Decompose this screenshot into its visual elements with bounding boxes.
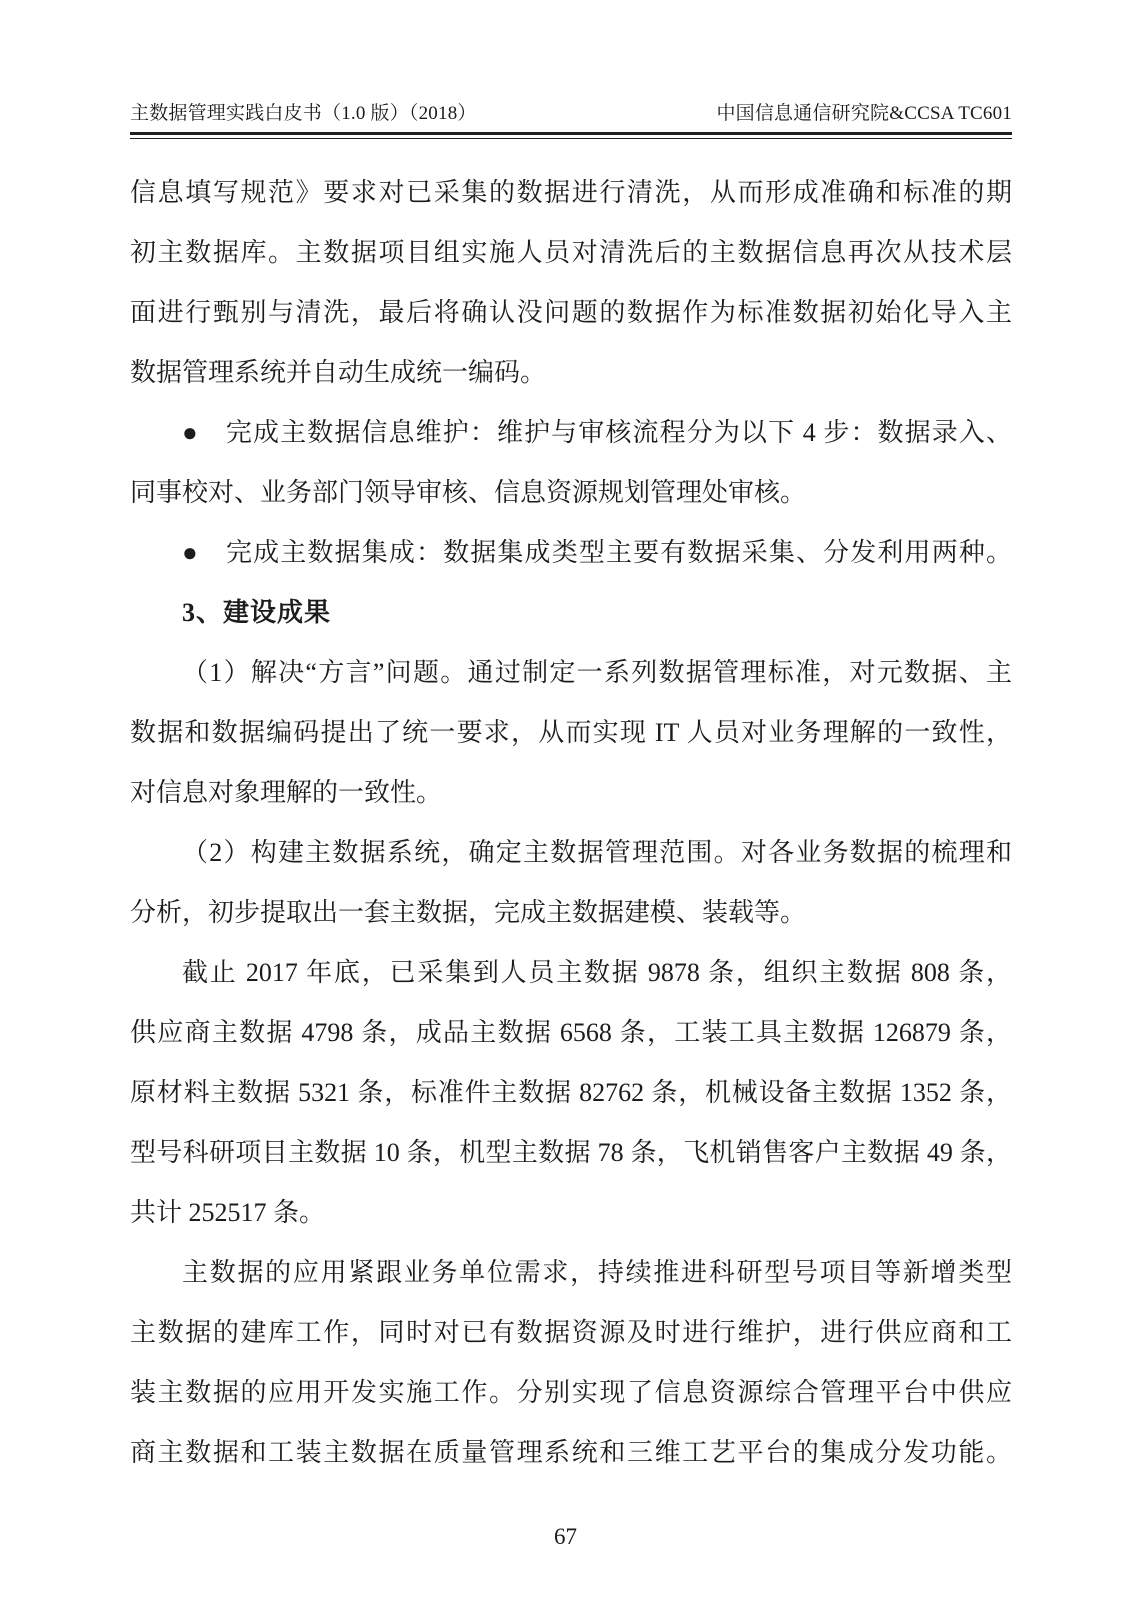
text-line: 初主数据库。主数据项目组实施人员对清洗后的主数据信息再次从技术层	[130, 223, 1012, 283]
section-heading: 3、建设成果	[130, 583, 1012, 643]
header-right-title: 中国信息通信研究院&CCSA TC601	[716, 98, 1012, 125]
text-line: 型号科研项目主数据 10 条，机型主数据 78 条，飞机销售客户主数据 49 条…	[130, 1123, 1012, 1183]
bullet-paragraph: ● 完成主数据信息维护：维护与审核流程分为以下 4 步：数据录入、同事校对、业务…	[130, 403, 1012, 523]
text-line: 商主数据和工装主数据在质量管理系统和三维工艺平台的集成分发功能。	[130, 1423, 1012, 1483]
text-line: 同事校对、业务部门领导审核、信息资源规划管理处审核。	[130, 463, 1012, 523]
document-body: 信息填写规范》要求对已采集的数据进行清洗，从而形成准确和标准的期初主数据库。主数…	[130, 163, 1012, 1483]
text-line: 主数据的应用紧跟业务单位需求，持续推进科研型号项目等新增类型	[130, 1243, 1012, 1303]
text-line: 主数据的建库工作，同时对已有数据资源及时进行维护，进行供应商和工	[130, 1303, 1012, 1363]
page-header: 主数据管理实践白皮书（1.0 版）（2018） 中国信息通信研究院&CCSA T…	[130, 98, 1012, 139]
paragraph: （1）解决“方言”问题。通过制定一系列数据管理标准，对元数据、主数据和数据编码提…	[130, 643, 1012, 823]
paragraph: 主数据的应用紧跟业务单位需求，持续推进科研型号项目等新增类型主数据的建库工作，同…	[130, 1243, 1012, 1483]
text-line: 信息填写规范》要求对已采集的数据进行清洗，从而形成准确和标准的期	[130, 163, 1012, 223]
text-line: 分析，初步提取出一套主数据，完成主数据建模、装载等。	[130, 883, 1012, 943]
text-line: 数据管理系统并自动生成统一编码。	[130, 343, 1012, 403]
page-number: 67	[554, 1524, 577, 1549]
document-page: 主数据管理实践白皮书（1.0 版）（2018） 中国信息通信研究院&CCSA T…	[0, 0, 1131, 1600]
paragraph: 信息填写规范》要求对已采集的数据进行清洗，从而形成准确和标准的期初主数据库。主数…	[130, 163, 1012, 403]
page-footer: 67	[0, 1524, 1131, 1550]
paragraph: 截止 2017 年底，已采集到人员主数据 9878 条，组织主数据 808 条，…	[130, 943, 1012, 1243]
text-line: 数据和数据编码提出了统一要求，从而实现 IT 人员对业务理解的一致性，	[130, 703, 1012, 763]
text-line: 对信息对象理解的一致性。	[130, 763, 1012, 823]
text-line: 截止 2017 年底，已采集到人员主数据 9878 条，组织主数据 808 条，	[130, 943, 1012, 1003]
text-line: ● 完成主数据集成：数据集成类型主要有数据采集、分发利用两种。	[130, 523, 1012, 583]
text-line: ● 完成主数据信息维护：维护与审核流程分为以下 4 步：数据录入、	[130, 403, 1012, 463]
text-line: 装主数据的应用开发实施工作。分别实现了信息资源综合管理平台中供应	[130, 1363, 1012, 1423]
header-rule	[130, 132, 1012, 139]
text-line: 共计 252517 条。	[130, 1183, 1012, 1243]
text-line: 面进行甄别与清洗，最后将确认没问题的数据作为标准数据初始化导入主	[130, 283, 1012, 343]
text-line: （2）构建主数据系统，确定主数据管理范围。对各业务数据的梳理和	[130, 823, 1012, 883]
text-line: （1）解决“方言”问题。通过制定一系列数据管理标准，对元数据、主	[130, 643, 1012, 703]
text-line: 3、建设成果	[130, 583, 1012, 643]
paragraph: （2）构建主数据系统，确定主数据管理范围。对各业务数据的梳理和分析，初步提取出一…	[130, 823, 1012, 943]
header-row: 主数据管理实践白皮书（1.0 版）（2018） 中国信息通信研究院&CCSA T…	[130, 98, 1012, 125]
text-line: 原材料主数据 5321 条，标准件主数据 82762 条，机械设备主数据 135…	[130, 1063, 1012, 1123]
header-left-title: 主数据管理实践白皮书（1.0 版）（2018）	[130, 98, 477, 125]
bullet-paragraph: ● 完成主数据集成：数据集成类型主要有数据采集、分发利用两种。	[130, 523, 1012, 583]
text-line: 供应商主数据 4798 条，成品主数据 6568 条，工装工具主数据 12687…	[130, 1003, 1012, 1063]
